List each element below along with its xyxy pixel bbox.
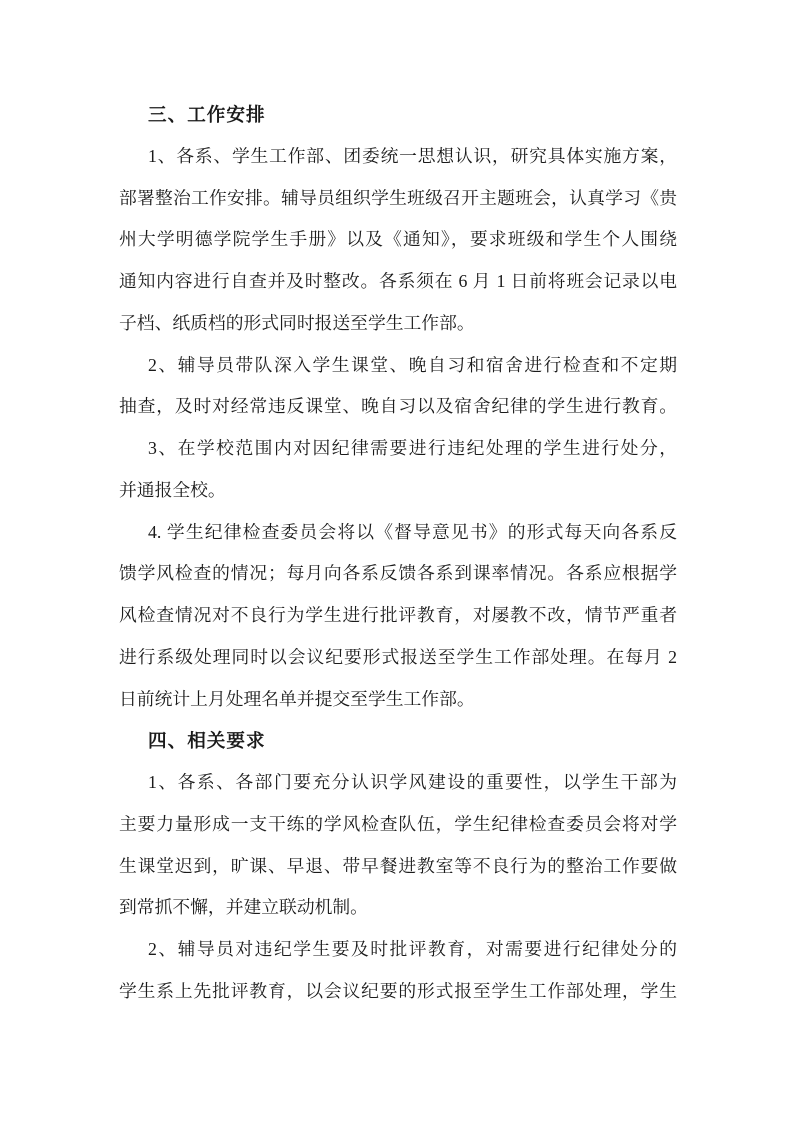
section-heading: 四、相关要求 (119, 720, 677, 762)
text-line: 馈学风检查的情况；每月向各系反馈各系到课率情况。各系应根据学 (119, 553, 677, 595)
text-line: 学生系上先批评教育，以会议纪要的形式报至学生工作部处理，学生 (119, 971, 677, 1013)
body-paragraph: 2、辅导员对违纪学生要及时批评教育，对需要进行纪律处分的学生系上先批评教育，以会… (119, 929, 677, 1013)
text-line: 到常抓不懈，并建立联动机制。 (119, 887, 677, 929)
body-paragraph: 4. 学生纪律检查委员会将以《督导意见书》的形式每天向各系反馈学风检查的情况；每… (119, 512, 677, 721)
text-line: 通知内容进行自查并及时整改。各系须在 6 月 1 日前将班会记录以电 (119, 261, 677, 303)
text-line: 州大学明德学院学生手册》以及《通知》，要求班级和学生个人围绕 (119, 219, 677, 261)
document-page: 三、工作安排1、各系、学生工作部、团委统一思想认识，研究具体实施方案，部署整治工… (0, 0, 793, 1122)
text-line: 抽查，及时对经常违反课堂、晚自习以及宿舍纪律的学生进行教育。 (119, 386, 677, 428)
text-line: 日前统计上月处理名单并提交至学生工作部。 (119, 679, 677, 721)
text-line: 主要力量形成一支干练的学风检查队伍，学生纪律检查委员会将对学 (119, 804, 677, 846)
text-line: 1、各系、各部门要充分认识学风建设的重要性，以学生干部为 (119, 762, 677, 804)
text-line: 子档、纸质档的形式同时报送至学生工作部。 (119, 303, 677, 345)
text-line: 生课堂迟到，旷课、早退、带早餐进教室等不良行为的整治工作要做 (119, 846, 677, 888)
text-line: 并通报全校。 (119, 470, 677, 512)
text-line: 4. 学生纪律检查委员会将以《督导意见书》的形式每天向各系反 (119, 512, 677, 554)
section-heading: 三、工作安排 (119, 94, 677, 136)
body-paragraph: 3、在学校范围内对因纪律需要进行违纪处理的学生进行处分，并通报全校。 (119, 428, 677, 512)
heading-line: 三、工作安排 (119, 94, 677, 136)
body-paragraph: 2、辅导员带队深入学生课堂、晚自习和宿舍进行检查和不定期抽查，及时对经常违反课堂… (119, 345, 677, 429)
body-paragraph: 1、各系、各部门要充分认识学风建设的重要性，以学生干部为主要力量形成一支干练的学… (119, 762, 677, 929)
text-line: 进行系级处理同时以会议纪要形式报送至学生工作部处理。在每月 2 (119, 637, 677, 679)
text-line: 3、在学校范围内对因纪律需要进行违纪处理的学生进行处分， (119, 428, 677, 470)
text-line: 2、辅导员对违纪学生要及时批评教育，对需要进行纪律处分的 (119, 929, 677, 971)
body-paragraph: 1、各系、学生工作部、团委统一思想认识，研究具体实施方案，部署整治工作安排。辅导… (119, 136, 677, 345)
text-line: 2、辅导员带队深入学生课堂、晚自习和宿舍进行检查和不定期 (119, 345, 677, 387)
text-line: 部署整治工作安排。辅导员组织学生班级召开主题班会，认真学习《贵 (119, 178, 677, 220)
document-text-area: 三、工作安排1、各系、学生工作部、团委统一思想认识，研究具体实施方案，部署整治工… (119, 94, 677, 1013)
text-line: 1、各系、学生工作部、团委统一思想认识，研究具体实施方案， (119, 136, 677, 178)
heading-line: 四、相关要求 (119, 720, 677, 762)
text-line: 风检查情况对不良行为学生进行批评教育，对屡教不改，情节严重者 (119, 595, 677, 637)
